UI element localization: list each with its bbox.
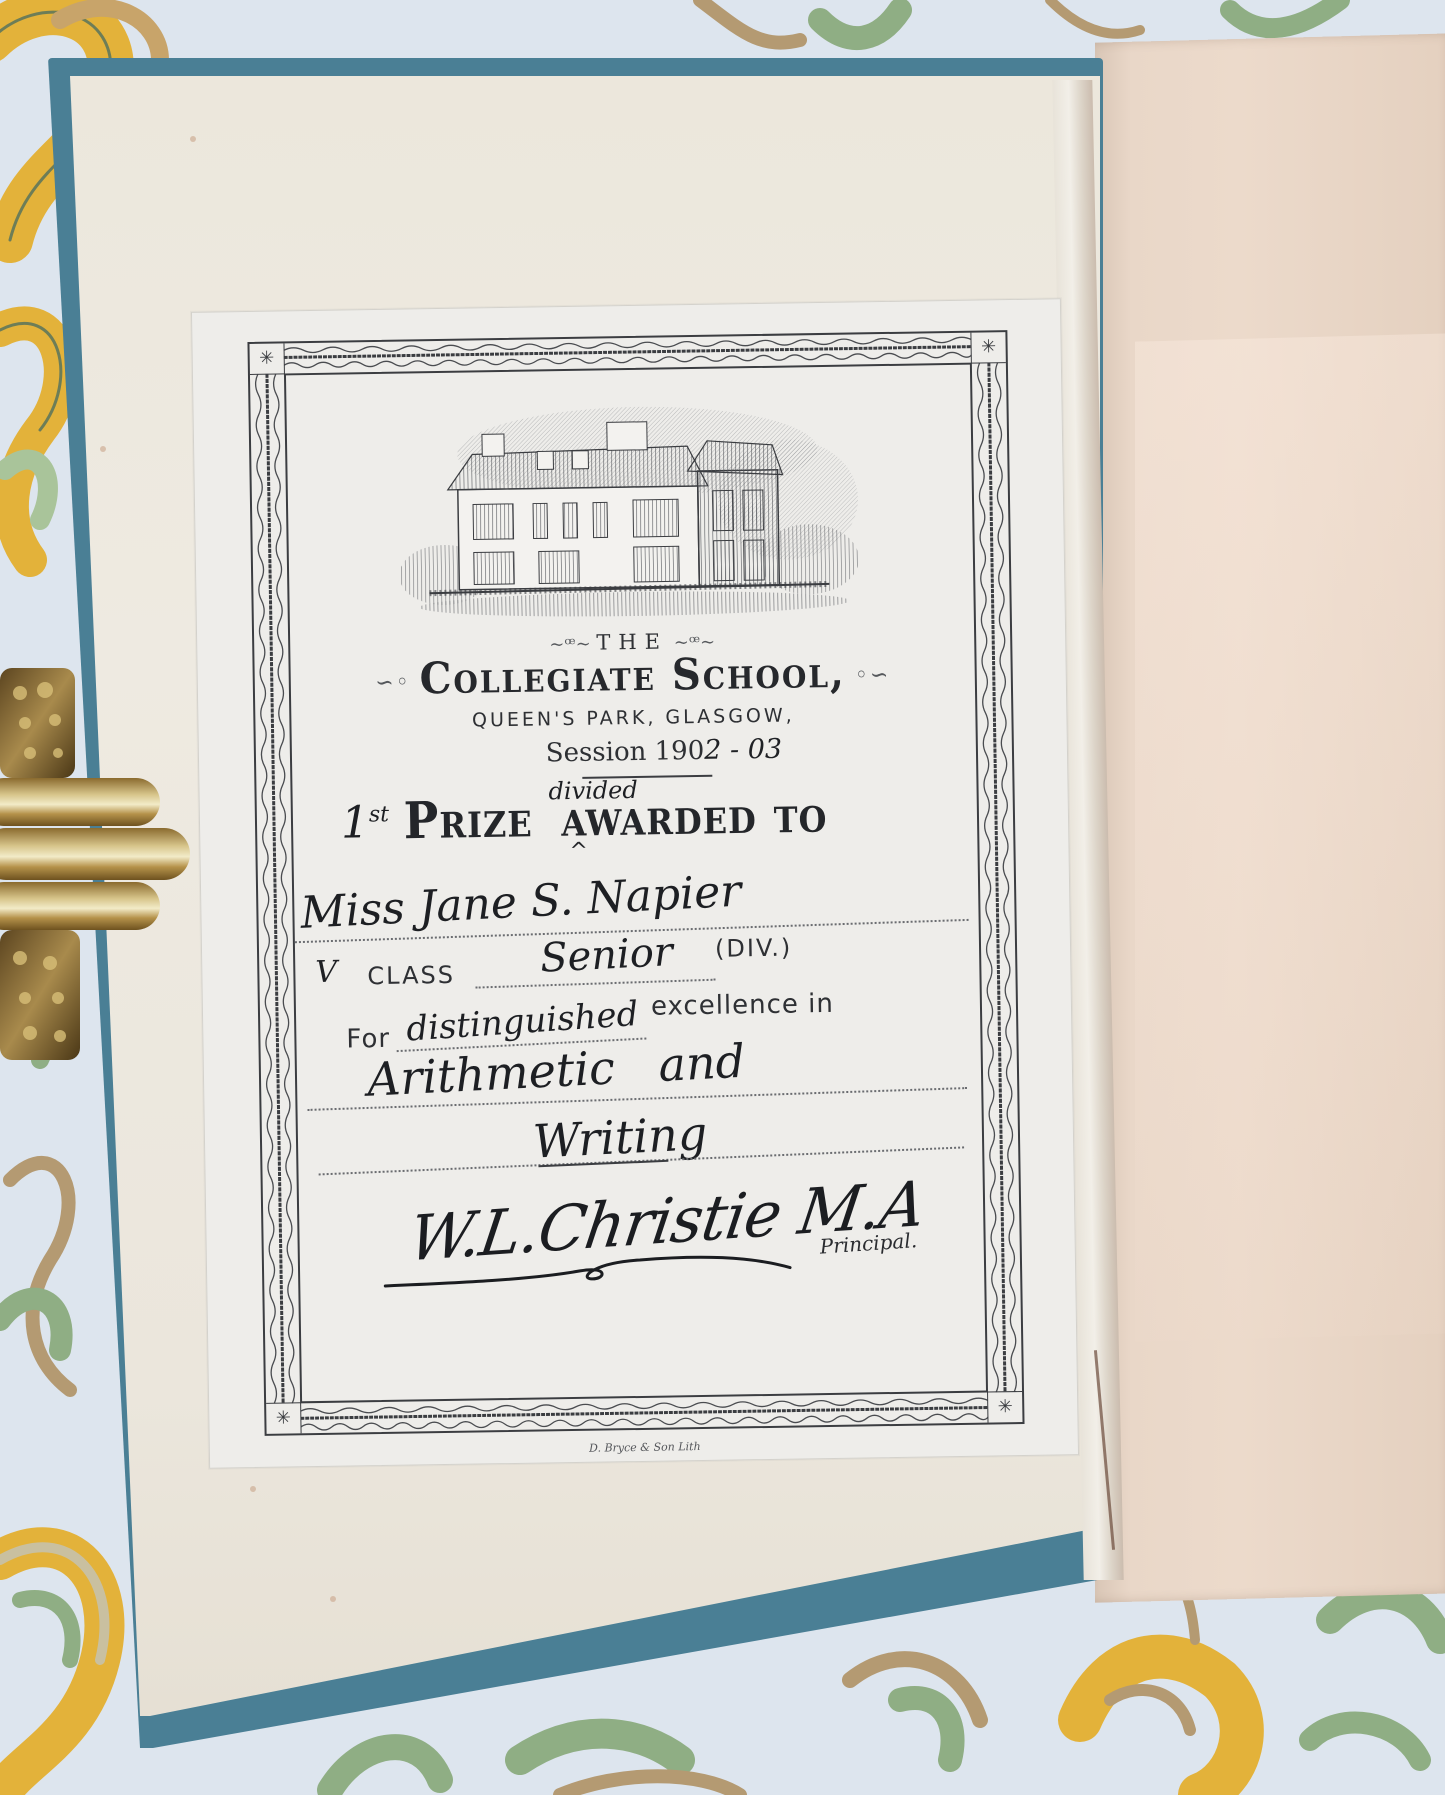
school-address: QUEEN'S PARK, GLASGOW,: [291, 702, 975, 735]
foxing-spot: [190, 136, 196, 142]
signature-swash-icon: [380, 1237, 801, 1294]
foxing-spot: [250, 1486, 256, 1492]
session-line: Session 1902 - 03: [292, 731, 976, 773]
flourish-left-icon: ∽◦: [375, 669, 420, 697]
brass-page-clip-icon: [0, 668, 200, 1068]
session-label: Session 190: [546, 736, 705, 768]
decorative-border: ✳ ✳ ✳ ✳: [247, 330, 1024, 1436]
for-label: For: [346, 1024, 390, 1055]
flourish-right-icon: ◦∽: [846, 662, 891, 690]
class-dotted-line: [476, 979, 716, 989]
hinge-crack: [1094, 1350, 1115, 1550]
certificate-body: ~ꟹ~ THE ~ꟹ~ ∽◦ Collegiate School, ◦∽ QUE…: [286, 365, 986, 1402]
class-number-handwritten: V: [315, 955, 337, 990]
principal-title: Principal.: [819, 1228, 918, 1259]
star-ornament-icon: ✳: [266, 1402, 301, 1434]
session-year-handwritten: 2 - 03: [704, 734, 782, 766]
lithographer-imprint: D. Bryce & Son Lith: [267, 1435, 1023, 1460]
prize-label: Prize: [403, 789, 533, 850]
star-ornament-icon: ✳: [249, 343, 284, 375]
star-ornament-icon: ✳: [970, 332, 1005, 364]
school-name: ∽◦ Collegiate School, ◦∽: [290, 645, 975, 706]
prize-insertion-handwritten: divided: [548, 776, 638, 805]
foxing-spot: [100, 446, 106, 452]
excellence-in-label: excellence in: [651, 989, 834, 1022]
star-ornament-icon: ✳: [987, 1391, 1022, 1423]
school-building-engraving-icon: [386, 388, 880, 626]
insertion-caret-icon: ^: [569, 839, 588, 864]
prize-ordinal-handwritten: 1st: [341, 797, 390, 849]
facing-page-tone: [1135, 333, 1445, 1342]
class-label: CLASS: [367, 961, 455, 990]
foxing-spot: [330, 1596, 336, 1602]
prize-bookplate: ✳ ✳ ✳ ✳: [191, 298, 1079, 1469]
facing-page: [1095, 33, 1445, 1602]
class-value-handwritten: Senior: [539, 929, 674, 982]
division-label: (DIV.): [715, 934, 793, 963]
prize-line: 1st Prize awarded to divided ^: [341, 785, 978, 849]
